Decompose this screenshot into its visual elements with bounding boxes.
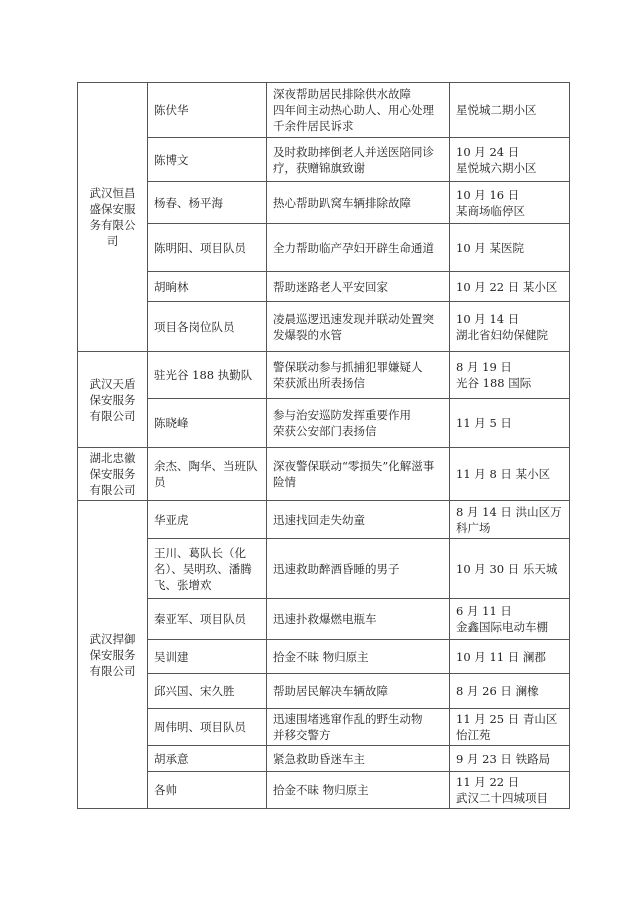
table-row: 武汉恒昌盛保安服务有限公司陈伏华深夜帮助居民排除供水故障四年间主动热心助人、用心… [78,83,570,138]
person-cell: 各帅 [148,772,267,809]
time-place-line: 11 月 8 日 某小区 [456,466,563,482]
deed-line: 凌晨巡逻迅速发现并联动处置突发爆裂的水管 [273,311,443,343]
person-cell: 陈博文 [148,138,267,182]
table-row: 胡承意紧急救助昏迷车主9 月 23 日 铁路局 [78,746,570,772]
deed-cell: 迅速找回走失幼童 [267,501,450,539]
company-cell: 武汉恒昌盛保安服务有限公司 [78,83,148,352]
time-place-line: 10 月 14 日 [456,311,563,327]
deed-cell: 迅速救助醉酒昏睡的男子 [267,539,450,599]
deed-line: 及时救助摔倒老人并送医陪同诊疗，获赠锦旗致谢 [273,144,443,176]
company-cell: 湖北忠徽保安服务有限公司 [78,448,148,501]
time-place-line: 10 月 16 日 [456,187,563,203]
company-cell: 武汉天盾保安服务有限公司 [78,352,148,448]
deed-line: 荣获派出所表扬信 [273,375,443,391]
time-place-line: 湖北省妇幼保健院 [456,327,563,343]
deed-line: 迅速救助醉酒昏睡的男子 [273,561,443,577]
deed-cell: 凌晨巡逻迅速发现并联动处置突发爆裂的水管 [267,302,450,352]
time-place-line: 星悦城二期小区 [456,102,563,118]
deed-line: 拾金不昧 物归原主 [273,782,443,798]
person-cell: 陈伏华 [148,83,267,138]
deed-cell: 帮助居民解决车辆故障 [267,674,450,709]
deed-cell: 帮助迷路老人平安回家 [267,272,450,302]
time-place-line: 8 月 14 日 洪山区万科广场 [456,504,563,536]
table-body: 武汉恒昌盛保安服务有限公司陈伏华深夜帮助居民排除供水故障四年间主动热心助人、用心… [78,83,570,809]
deed-line: 荣获公安部门表扬信 [273,423,443,439]
time-place-line: 10 月 30 日 乐天城 [456,561,563,577]
time-place-line: 10 月 某医院 [456,240,563,256]
person-cell: 陈明阳、项目队员 [148,224,267,272]
table-row: 湖北忠徽保安服务有限公司余杰、陶华、当班队员深夜警保联动“零损失”化解滋事险情1… [78,448,570,501]
time-place-cell: 11 月 8 日 某小区 [450,448,570,501]
time-place-line: 10 月 24 日 [456,144,563,160]
time-place-line: 武汉二十四城项目 [456,790,563,806]
deed-cell: 热心帮助趴窝车辆排除故障 [267,182,450,224]
person-cell: 项目各岗位队员 [148,302,267,352]
table-row: 武汉捍御保安服务有限公司华亚虎迅速找回走失幼童8 月 14 日 洪山区万科广场 [78,501,570,539]
table-row: 陈博文及时救助摔倒老人并送医陪同诊疗，获赠锦旗致谢10 月 24 日星悦城六期小… [78,138,570,182]
deed-line: 帮助迷路老人平安回家 [273,279,443,295]
table-row: 杨春、杨平海热心帮助趴窝车辆排除故障10 月 16 日某商场临停区 [78,182,570,224]
time-place-cell: 8 月 26 日 澜橡 [450,674,570,709]
time-place-line: 10 月 11 日 澜郡 [456,649,563,665]
table-row: 陈明阳、项目队员全力帮助临产孕妇开辟生命通道10 月 某医院 [78,224,570,272]
time-place-cell: 10 月 11 日 澜郡 [450,640,570,674]
time-place-cell: 6 月 11 日金鑫国际电动车棚 [450,599,570,640]
deed-line: 全力帮助临产孕妇开辟生命通道 [273,240,443,256]
deed-cell: 及时救助摔倒老人并送医陪同诊疗，获赠锦旗致谢 [267,138,450,182]
deed-line: 并移交警方 [273,727,443,743]
time-place-cell: 10 月 22 日 某小区 [450,272,570,302]
time-place-line: 8 月 26 日 澜橡 [456,683,563,699]
person-cell: 胡承意 [148,746,267,772]
deed-line: 拾金不昧 物归原主 [273,649,443,665]
deed-cell: 拾金不昧 物归原主 [267,640,450,674]
person-cell: 吴训建 [148,640,267,674]
deed-cell: 深夜帮助居民排除供水故障四年间主动热心助人、用心处理千余件居民诉求 [267,83,450,138]
time-place-cell: 星悦城二期小区 [450,83,570,138]
deed-line: 迅速扑救爆燃电瓶车 [273,611,443,627]
table-row: 王川、葛队长（化名）、吴明玖、潘腾飞、张增欢迅速救助醉酒昏睡的男子10 月 30… [78,539,570,599]
deed-line: 紧急救助昏迷车主 [273,751,443,767]
table-row: 武汉天盾保安服务有限公司驻光谷 188 执勤队警保联动参与抓捕犯罪嫌疑人荣获派出… [78,352,570,399]
table-row: 各帅拾金不昧 物归原主11 月 22 日武汉二十四城项目 [78,772,570,809]
person-cell: 华亚虎 [148,501,267,539]
deed-line: 警保联动参与抓捕犯罪嫌疑人 [273,359,443,375]
person-cell: 秦亚军、项目队员 [148,599,267,640]
table-row: 邱兴国、宋久胜帮助居民解决车辆故障8 月 26 日 澜橡 [78,674,570,709]
person-cell: 周伟明、项目队员 [148,709,267,746]
deed-line: 参与治安巡防发挥重要作用 [273,407,443,423]
person-cell: 陈晓峰 [148,399,267,448]
table-row: 周伟明、项目队员迅速围堵逃窜作乱的野生动物并移交警方11 月 25 日 青山区 … [78,709,570,746]
person-cell: 胡晌林 [148,272,267,302]
deed-cell: 紧急救助昏迷车主 [267,746,450,772]
person-cell: 邱兴国、宋久胜 [148,674,267,709]
time-place-cell: 11 月 5 日 [450,399,570,448]
person-cell: 余杰、陶华、当班队员 [148,448,267,501]
time-place-line: 金鑫国际电动车棚 [456,619,563,635]
company-cell: 武汉捍御保安服务有限公司 [78,501,148,809]
table-row: 项目各岗位队员凌晨巡逻迅速发现并联动处置突发爆裂的水管10 月 14 日湖北省妇… [78,302,570,352]
document-page: 武汉恒昌盛保安服务有限公司陈伏华深夜帮助居民排除供水故障四年间主动热心助人、用心… [0,0,640,905]
deed-line: 迅速找回走失幼童 [273,512,443,528]
time-place-line: 11 月 22 日 [456,774,563,790]
time-place-line: 星悦城六期小区 [456,160,563,176]
time-place-line: 10 月 22 日 某小区 [456,279,563,295]
deed-cell: 迅速扑救爆燃电瓶车 [267,599,450,640]
time-place-cell: 10 月 30 日 乐天城 [450,539,570,599]
time-place-line: 光谷 188 国际 [456,375,563,391]
time-place-cell: 8 月 19 日光谷 188 国际 [450,352,570,399]
deed-cell: 拾金不昧 物归原主 [267,772,450,809]
person-cell: 杨春、杨平海 [148,182,267,224]
time-place-cell: 10 月 24 日星悦城六期小区 [450,138,570,182]
time-place-cell: 8 月 14 日 洪山区万科广场 [450,501,570,539]
time-place-line: 11 月 25 日 青山区 怡江苑 [456,711,563,743]
time-place-line: 某商场临停区 [456,203,563,219]
deed-line: 热心帮助趴窝车辆排除故障 [273,195,443,211]
time-place-line: 6 月 11 日 [456,603,563,619]
table-row: 吴训建拾金不昧 物归原主10 月 11 日 澜郡 [78,640,570,674]
person-cell: 驻光谷 188 执勤队 [148,352,267,399]
deed-cell: 参与治安巡防发挥重要作用荣获公安部门表扬信 [267,399,450,448]
time-place-cell: 11 月 25 日 青山区 怡江苑 [450,709,570,746]
deed-line: 迅速围堵逃窜作乱的野生动物 [273,711,443,727]
time-place-cell: 10 月 14 日湖北省妇幼保健院 [450,302,570,352]
deed-line: 深夜帮助居民排除供水故障 [273,86,443,102]
deed-line: 四年间主动热心助人、用心处理千余件居民诉求 [273,102,443,134]
person-cell: 王川、葛队长（化名）、吴明玖、潘腾飞、张增欢 [148,539,267,599]
time-place-cell: 10 月 16 日某商场临停区 [450,182,570,224]
time-place-line: 9 月 23 日 铁路局 [456,751,563,767]
deed-cell: 迅速围堵逃窜作乱的野生动物并移交警方 [267,709,450,746]
time-place-cell: 11 月 22 日武汉二十四城项目 [450,772,570,809]
table-row: 秦亚军、项目队员迅速扑救爆燃电瓶车6 月 11 日金鑫国际电动车棚 [78,599,570,640]
time-place-line: 11 月 5 日 [456,415,563,431]
table-row: 陈晓峰参与治安巡防发挥重要作用荣获公安部门表扬信11 月 5 日 [78,399,570,448]
time-place-line: 8 月 19 日 [456,359,563,375]
deed-cell: 深夜警保联动“零损失”化解滋事险情 [267,448,450,501]
deed-line: 深夜警保联动“零损失”化解滋事险情 [273,458,443,490]
table-row: 胡晌林帮助迷路老人平安回家10 月 22 日 某小区 [78,272,570,302]
time-place-cell: 10 月 某医院 [450,224,570,272]
time-place-cell: 9 月 23 日 铁路局 [450,746,570,772]
deed-line: 帮助居民解决车辆故障 [273,683,443,699]
commendation-table: 武汉恒昌盛保安服务有限公司陈伏华深夜帮助居民排除供水故障四年间主动热心助人、用心… [77,82,570,809]
deed-cell: 警保联动参与抓捕犯罪嫌疑人荣获派出所表扬信 [267,352,450,399]
deed-cell: 全力帮助临产孕妇开辟生命通道 [267,224,450,272]
